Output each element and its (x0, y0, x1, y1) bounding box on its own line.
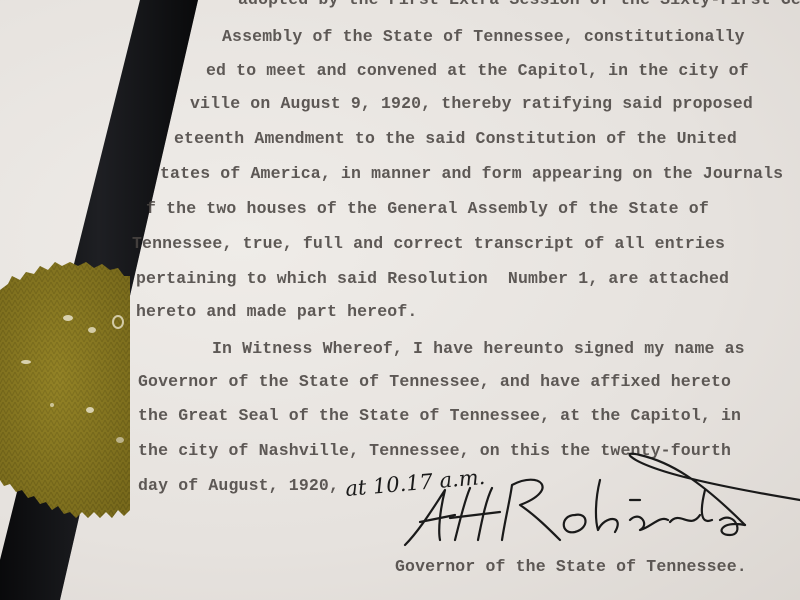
svg-text:at 10.17 a.m.: at 10.17 a.m. (344, 465, 486, 501)
handwriting-layer: at 10.17 a.m. A H Roberts (0, 0, 800, 600)
handwritten-time: at 10.17 a.m. (344, 465, 486, 501)
